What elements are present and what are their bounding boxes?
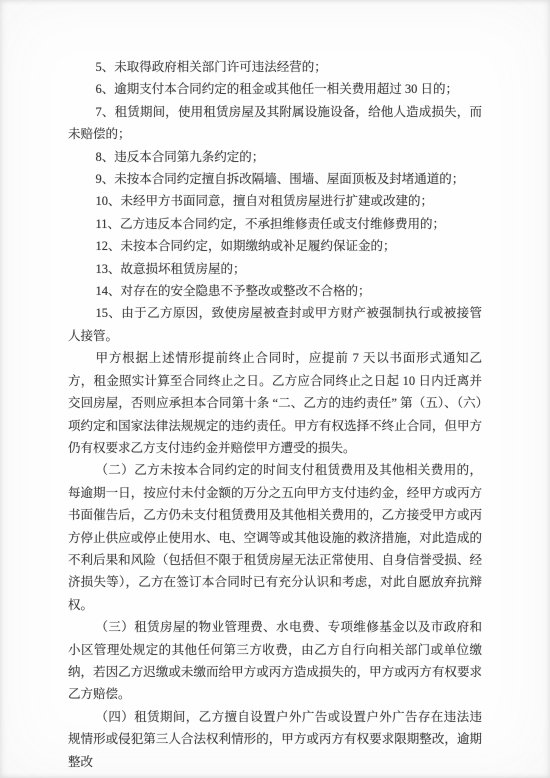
scanned-document-page: 5、未取得政府相关部门许可违法经营的；6、逾期支付本合同约定的租金或其他任一相关… (0, 0, 550, 778)
contract-paragraph: 甲方根据上述情形提前终止合同时，应提前 7 天以书面形式通知乙方，租金照实计算至… (68, 347, 482, 459)
contract-paragraph: （四）租赁期间，乙方擅自设置户外广告或设置户外广告存在违法违规情形或侵犯第三人合… (68, 706, 482, 773)
contract-paragraph: 12、未按本合同约定，如期缴纳或补足履约保证金的； (68, 235, 482, 257)
contract-clauses-text: 5、未取得政府相关部门许可违法经营的；6、逾期支付本合同约定的租金或其他任一相关… (68, 56, 482, 773)
contract-paragraph: 13、故意损坏租赁房屋的； (68, 258, 482, 280)
contract-paragraph: 6、逾期支付本合同约定的租金或其他任一相关费用超过 30 日的； (68, 78, 482, 100)
contract-paragraph: 9、未按本合同约定擅自拆改隔墙、围墙、屋面顶板及封堵通道的； (68, 168, 482, 190)
contract-paragraph: 10、未经甲方书面同意，擅自对租赁房屋进行扩建或改建的； (68, 190, 482, 212)
contract-paragraph: 8、违反本合同第九条约定的； (68, 146, 482, 168)
contract-paragraph: （二）乙方未按本合同约定的时间支付租赁费用及其他相关费用的，每逾期一日，按应付未… (68, 459, 482, 616)
contract-paragraph: 7、租赁期间，使用租赁房屋及其附属设施设备，给他人造成损失，而未赔偿的； (68, 101, 482, 146)
contract-paragraph: 11、乙方违反本合同约定，不承担维修责任或支付维修费用的； (68, 213, 482, 235)
contract-paragraph: （三）租赁房屋的物业管理费、水电费、专项维修基金以及市政府和小区管理处规定的其他… (68, 616, 482, 706)
contract-paragraph: 5、未取得政府相关部门许可违法经营的； (68, 56, 482, 78)
contract-paragraph: 15、由于乙方原因，致使房屋被查封或甲方财产被强制执行或被接管人接管。 (68, 302, 482, 347)
contract-paragraph: 14、对存在的安全隐患不予整改或整改不合格的； (68, 280, 482, 302)
